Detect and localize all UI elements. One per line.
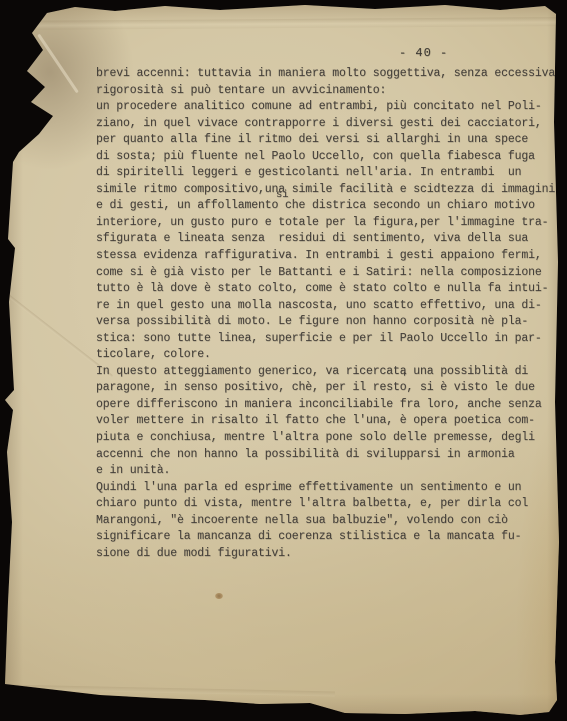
text-line: piuta e conchiusa, mentre l'altra pone s… bbox=[96, 430, 558, 447]
text-line: ticolare, colore. bbox=[96, 347, 558, 364]
text-line: opere differiscono in maniera inconcilia… bbox=[96, 397, 558, 414]
text-line: sione di due modi figurativi. bbox=[96, 546, 558, 563]
text-line: re in quel gesto una molla nascosta, uno… bbox=[96, 298, 558, 315]
text-line: tutto è là dove è stato colto, come è st… bbox=[96, 281, 558, 298]
text-line: e in unità. bbox=[96, 463, 558, 480]
text-line: stessa evidenza raffigurativa. In entram… bbox=[96, 248, 558, 265]
text-line: voler mettere in risalto il fatto che l'… bbox=[96, 413, 558, 430]
text-line: In questo atteggiamento generico, va ric… bbox=[96, 364, 558, 381]
text-line: ziano, in quel vivace contrapporre i div… bbox=[96, 116, 558, 133]
torn-edge-highlight bbox=[37, 34, 79, 94]
text-line: stica: sono tutte linea, superficie e pe… bbox=[96, 331, 558, 348]
paper-crease-bottom bbox=[5, 685, 335, 697]
paragraph-1: brevi accenni: tuttavia in maniera molto… bbox=[96, 66, 558, 364]
text-line: come si è già visto per le Battanti e i … bbox=[96, 265, 558, 282]
text-line: un procedere analitico comune ad entramb… bbox=[96, 99, 558, 116]
text-line: paragone, in senso positivo, chè, per il… bbox=[96, 380, 558, 397]
text-line: Marangoni, "è incoerente nella sua balbu… bbox=[96, 513, 558, 530]
text-line: di spiritelli leggeri e gesticolanti nel… bbox=[96, 165, 558, 182]
stain-spot bbox=[215, 593, 223, 599]
text-line: sfigurata e lineata senza residui di sen… bbox=[96, 231, 558, 248]
page-number: - 40 - bbox=[399, 46, 448, 60]
text-line: di sosta; più fluente nel Paolo Uccello,… bbox=[96, 149, 558, 166]
paper-fold-crease-top bbox=[5, 17, 561, 30]
text-line: chiaro punto di vista, mentre l'altra ba… bbox=[96, 496, 558, 513]
scan-background: - 40 - brevi accenni: tuttavia in manier… bbox=[0, 0, 567, 721]
text-line: e di gesti, un affollamento che districa… bbox=[96, 198, 558, 215]
text-line: per quanto alla fine il ritmo dei versi … bbox=[96, 132, 558, 149]
text-line: simile ritmo compositivo,una simile faci… bbox=[96, 182, 558, 199]
text-block: brevi accenni: tuttavia in maniera molto… bbox=[96, 66, 558, 562]
text-line: brevi accenni: tuttavia in maniera molto… bbox=[96, 66, 558, 83]
text-line: versa possibilità di moto. Le figure non… bbox=[96, 314, 558, 331]
text-line: Quindi l'una parla ed esprime effettivam… bbox=[96, 480, 558, 497]
text-line: rigorosità si può tentare un avvicinamen… bbox=[96, 83, 558, 100]
typed-insertion-apostrophe: ' bbox=[401, 371, 408, 385]
text-line: accenni che non hanno la possibilità di … bbox=[96, 447, 558, 464]
paragraph-2: In questo atteggiamento generico, va ric… bbox=[96, 364, 558, 480]
typed-insertion-si: si bbox=[276, 189, 289, 201]
text-line: significare la mancanza di coerenza stil… bbox=[96, 529, 558, 546]
paper-sheet: - 40 - brevi accenni: tuttavia in manier… bbox=[5, 2, 561, 720]
paragraph-3: Quindi l'una parla ed esprime effettivam… bbox=[96, 480, 558, 563]
text-line: interiore, un gusto puro e totale per la… bbox=[96, 215, 558, 232]
